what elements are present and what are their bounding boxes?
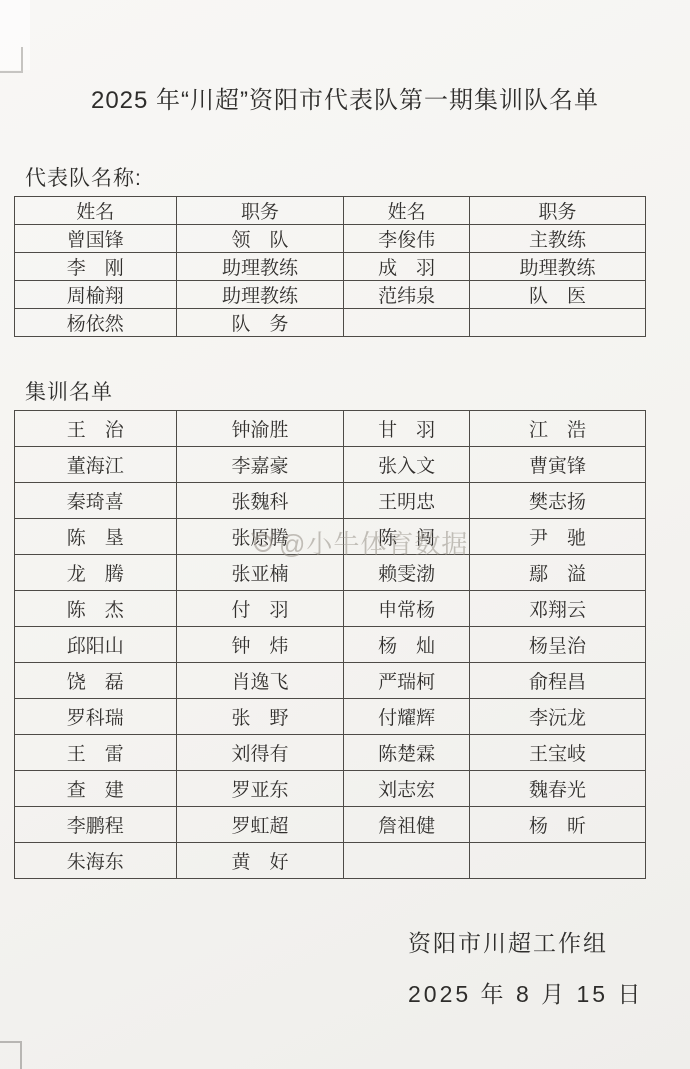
squad-section-label: 集训名单 [25, 376, 113, 406]
table-cell: 罗科瑞 [15, 699, 177, 735]
table-cell: 罗虹超 [176, 807, 344, 843]
table-cell [469, 843, 645, 879]
table-row: 李 刚助理教练成 羽助理教练 [15, 253, 646, 281]
table-cell: 主教练 [469, 225, 645, 253]
table-cell: 朱海东 [15, 843, 177, 879]
table-row: 罗科瑞张 野付耀辉李沅龙 [15, 699, 646, 735]
table-cell: 钟 炜 [176, 627, 344, 663]
table-cell: 秦琦喜 [15, 483, 177, 519]
table-cell: 黄 好 [176, 843, 344, 879]
table-cell: 肖逸飞 [176, 663, 344, 699]
table-cell: 张魏科 [176, 483, 344, 519]
table-cell: 助理教练 [176, 281, 344, 309]
column-header: 职务 [469, 197, 645, 225]
table-row: 陈 杰付 羽申常杨邓翔云 [15, 591, 646, 627]
table-cell: 邓翔云 [469, 591, 645, 627]
table-row: 杨依然队 务 [15, 309, 646, 337]
table-cell: 尹 驰 [469, 519, 645, 555]
table-cell: 杨 昕 [469, 807, 645, 843]
table-cell: 曹寅锋 [469, 447, 645, 483]
squad-table: 王 治钟渝胜甘 羽江 浩董海江李嘉豪张入文曹寅锋秦琦喜张魏科王明忠樊志扬陈 垦张… [14, 410, 646, 879]
table-cell: 詹祖健 [344, 807, 470, 843]
signature-org: 资阳市川超工作组 [408, 932, 644, 955]
table-row: 王 雷刘得有陈楚霖王宝岐 [15, 735, 646, 771]
table-cell: 钟渝胜 [176, 411, 344, 447]
table-cell: 饶 磊 [15, 663, 177, 699]
table-cell: 王 治 [15, 411, 177, 447]
table-cell: 杨依然 [15, 309, 177, 337]
table-cell: 江 浩 [469, 411, 645, 447]
table-cell: 龙 腾 [15, 555, 177, 591]
table-cell: 李嘉豪 [176, 447, 344, 483]
table-cell: 甘 羽 [344, 411, 470, 447]
table-cell: 邱阳山 [15, 627, 177, 663]
table-cell: 领 队 [176, 225, 344, 253]
table-row: 秦琦喜张魏科王明忠樊志扬 [15, 483, 646, 519]
table-row: 龙 腾张亚楠赖雯渤鄢 溢 [15, 555, 646, 591]
table-cell: 严瑞柯 [344, 663, 470, 699]
table-cell [344, 843, 470, 879]
table-cell [344, 309, 470, 337]
page-title: 2025 年“川超”资阳市代表队第一期集训队名单 [0, 80, 690, 115]
table-cell: 陈 闯 [344, 519, 470, 555]
table-cell: 陈 杰 [15, 591, 177, 627]
table-cell: 李沅龙 [469, 699, 645, 735]
table-cell: 董海江 [15, 447, 177, 483]
table-cell: 助理教练 [469, 253, 645, 281]
document-page: 2025 年“川超”资阳市代表队第一期集训队名单 代表队名称: 姓名职务姓名职务… [0, 0, 690, 1069]
table-row: 周榆翔助理教练范纬泉队 医 [15, 281, 646, 309]
top-left-corner-mark [0, 47, 23, 73]
table-cell: 罗亚东 [176, 771, 344, 807]
table-cell: 陈 垦 [15, 519, 177, 555]
squad-table-body: 王 治钟渝胜甘 羽江 浩董海江李嘉豪张入文曹寅锋秦琦喜张魏科王明忠樊志扬陈 垦张… [15, 411, 646, 879]
column-header: 职务 [176, 197, 344, 225]
table-row: 王 治钟渝胜甘 羽江 浩 [15, 411, 646, 447]
table-cell: 李俊伟 [344, 225, 470, 253]
table-cell: 付 羽 [176, 591, 344, 627]
table-cell: 付耀辉 [344, 699, 470, 735]
table-cell: 魏春光 [469, 771, 645, 807]
table-cell: 鄢 溢 [469, 555, 645, 591]
table-cell: 俞程昌 [469, 663, 645, 699]
table-cell: 申常杨 [344, 591, 470, 627]
table-cell: 杨 灿 [344, 627, 470, 663]
table-row: 饶 磊肖逸飞严瑞柯俞程昌 [15, 663, 646, 699]
table-cell: 张入文 [344, 447, 470, 483]
signature-date: 2025 年 8 月 15 日 [408, 983, 644, 1006]
leaders-table: 姓名职务姓名职务曾国锋领 队李俊伟主教练李 刚助理教练成 羽助理教练周榆翔助理教… [14, 196, 646, 337]
table-cell: 张亚楠 [176, 555, 344, 591]
roster-section-label: 代表队名称: [25, 162, 142, 192]
table-cell: 刘得有 [176, 735, 344, 771]
table-cell: 李 刚 [15, 253, 177, 281]
table-cell: 王宝岐 [469, 735, 645, 771]
table-cell: 助理教练 [176, 253, 344, 281]
leaders-table-body: 姓名职务姓名职务曾国锋领 队李俊伟主教练李 刚助理教练成 羽助理教练周榆翔助理教… [15, 197, 646, 337]
table-row: 朱海东黄 好 [15, 843, 646, 879]
table-row: 查 建罗亚东刘志宏魏春光 [15, 771, 646, 807]
table-cell: 李鹏程 [15, 807, 177, 843]
column-header: 姓名 [344, 197, 470, 225]
table-row: 李鹏程罗虹超詹祖健杨 昕 [15, 807, 646, 843]
table-cell [469, 309, 645, 337]
table-cell: 杨呈治 [469, 627, 645, 663]
table-cell: 王 雷 [15, 735, 177, 771]
table-cell: 张原腾 [176, 519, 344, 555]
table-cell: 队 医 [469, 281, 645, 309]
table-cell: 刘志宏 [344, 771, 470, 807]
table-row: 曾国锋领 队李俊伟主教练 [15, 225, 646, 253]
table-cell: 曾国锋 [15, 225, 177, 253]
table-cell: 周榆翔 [15, 281, 177, 309]
table-row: 陈 垦张原腾陈 闯尹 驰 [15, 519, 646, 555]
table-row: 董海江李嘉豪张入文曹寅锋 [15, 447, 646, 483]
bottom-left-corner-mark [0, 1041, 22, 1069]
table-cell: 队 务 [176, 309, 344, 337]
table-cell: 查 建 [15, 771, 177, 807]
table-cell: 张 野 [176, 699, 344, 735]
table-cell: 赖雯渤 [344, 555, 470, 591]
table-header-row: 姓名职务姓名职务 [15, 197, 646, 225]
table-cell: 成 羽 [344, 253, 470, 281]
table-cell: 王明忠 [344, 483, 470, 519]
table-cell: 范纬泉 [344, 281, 470, 309]
signature-block: 资阳市川超工作组 2025 年 8 月 15 日 [408, 932, 644, 1006]
table-cell: 樊志扬 [469, 483, 645, 519]
table-cell: 陈楚霖 [344, 735, 470, 771]
column-header: 姓名 [15, 197, 177, 225]
table-row: 邱阳山钟 炜杨 灿杨呈治 [15, 627, 646, 663]
